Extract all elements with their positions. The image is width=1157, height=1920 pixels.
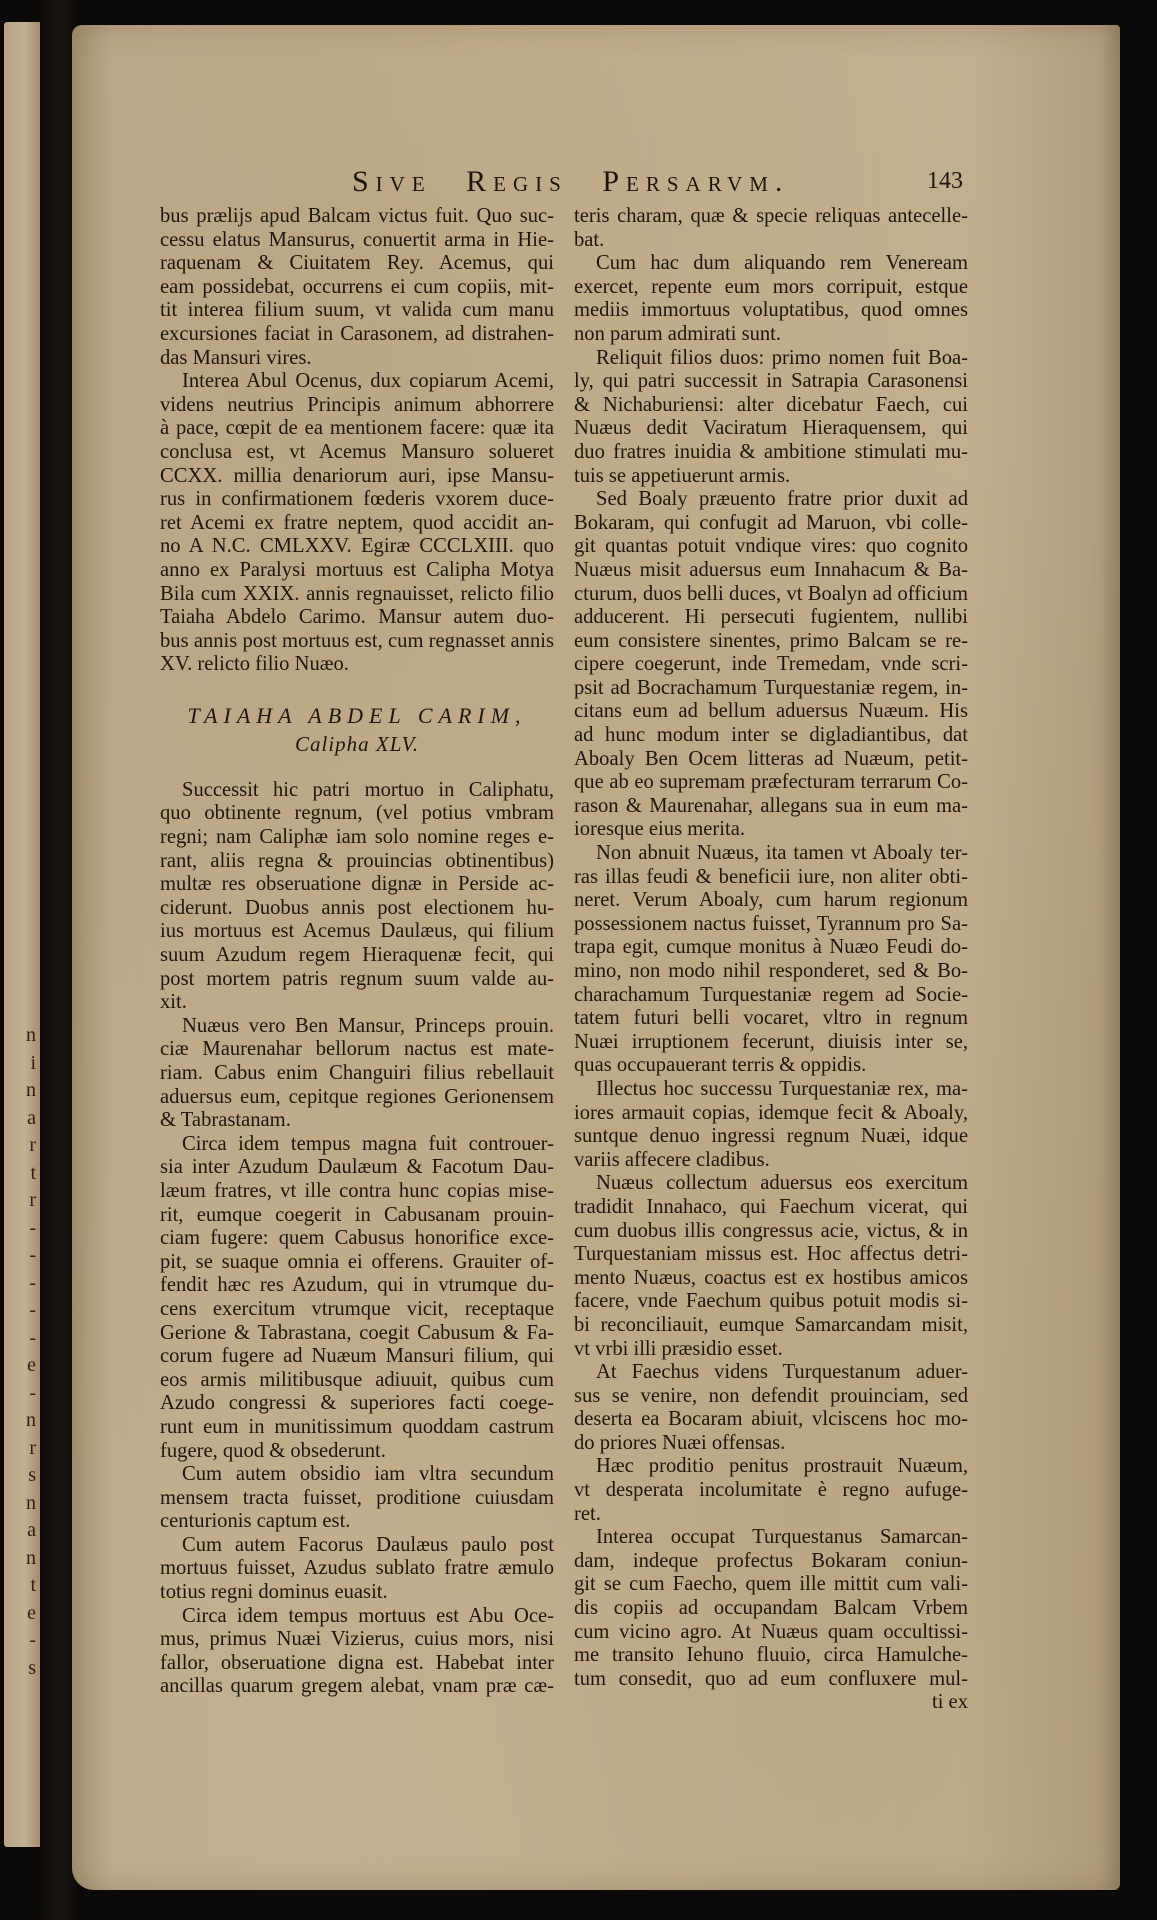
text-line: Aboaly Ben Ocem litteras ad Nuæum, petit…	[574, 748, 968, 772]
facing-page-letter: a	[6, 1105, 36, 1133]
text-line: rit, eumque coegerit in Cabusanam prouin…	[160, 1204, 554, 1228]
text-line: trapa egit, cumque monitus à Nuæo Feudi …	[574, 936, 968, 960]
text-line: videns neutrius Principis animum abhorre…	[160, 394, 554, 418]
facing-page-letter: n	[6, 1022, 36, 1050]
text-line: sus se venire, non defendit prouinciam, …	[574, 1385, 968, 1409]
text-line: teris charam, quæ & specie reliquas ante…	[574, 205, 968, 229]
text-line: eam possidebat, occurrens ei cum copiis,…	[160, 276, 554, 300]
text-line: Illectus hoc successu Turquestaniæ rex, …	[574, 1078, 968, 1102]
text-line: tum consedit, quo ad eum confluxere mul-	[574, 1668, 968, 1692]
text-line: cum vicino agro. At Nuæus quam occultiss…	[574, 1621, 968, 1645]
text-line: possessionem nactus fuisset, Tyrannum pr…	[574, 913, 968, 937]
paragraph: Interea Abul Ocenus, dux copiarum Acemi,…	[160, 370, 554, 677]
text-line: tatem futuri belli vocaret, vltro in reg…	[574, 1007, 968, 1031]
text-line: mediis immortuus voluptatibus, quod omne…	[574, 299, 968, 323]
text-line: bat.	[574, 229, 968, 253]
running-head-word: Persarvm.	[602, 165, 789, 198]
section-heading-subtitle: Calipha XLV.	[160, 731, 554, 757]
text-line: Bokaram, qui confugit ad Maruon, vbi col…	[574, 512, 968, 536]
text-line: adducerent. Hi persecuti fugientem, null…	[574, 606, 968, 630]
text-line: Nuæi irruptionem fecerunt, diuisis inter…	[574, 1031, 968, 1055]
paragraph: bus prælijs apud Balcam victus fuit. Quo…	[160, 205, 554, 370]
text-line: facere, vnde Faechum quibus potuit modis…	[574, 1290, 968, 1314]
text-line: mortuus fuisset, Azudus sublato fratre æ…	[160, 1557, 554, 1581]
facing-page-letter: n	[6, 1490, 36, 1518]
text-line: mino, non modo nihil responderet, sed & …	[574, 960, 968, 984]
text-line: & Nichaburiensi: alter dicebatur Faech, …	[574, 394, 968, 418]
text-line: centurionis captum est.	[160, 1510, 554, 1534]
text-line: ciæ Maurenahar bellorum nactus est mate-	[160, 1038, 554, 1062]
text-line: multæ res obseruatione dignæ in Perside …	[160, 873, 554, 897]
left-text-column: bus prælijs apud Balcam victus fuit. Quo…	[160, 205, 554, 1699]
text-line: anno ex Paralysi mortuus est Calipha Mot…	[160, 559, 554, 583]
text-line: neret. Verum Aboaly, cum harum regionum	[574, 889, 968, 913]
facing-page-letter: s	[6, 1655, 36, 1683]
paragraph: Cum autem Facorus Daulæus paulo postmort…	[160, 1534, 554, 1605]
text-line: eos armis militibusque adiuuit, quibus c…	[160, 1369, 554, 1393]
text-line: CCXX. millia denariorum auri, ipse Mansu…	[160, 465, 554, 489]
book-gutter	[40, 0, 76, 1920]
text-line: do priores Nuæi offensas.	[574, 1432, 968, 1456]
text-line: variis affecere cladibus.	[574, 1149, 968, 1173]
paragraph: Circa idem tempus mortuus est Abu Oce-mu…	[160, 1605, 554, 1699]
text-line: mensem tracta fuisset, proditione cuiusd…	[160, 1487, 554, 1511]
text-line: psit ad Bocrachamum Turquestaniæ regem, …	[574, 677, 968, 701]
text-line: git quantas potuit vndique vires: quo co…	[574, 535, 968, 559]
text-line: Taiaha Abdelo Carimo. Mansur autem duo-	[160, 606, 554, 630]
text-line: Cum autem obsidio iam vltra secundum	[160, 1463, 554, 1487]
paragraph: At Faechus videns Turquestanum aduer-sus…	[574, 1361, 968, 1455]
text-line: Nuæus dedit Vaciratum Hieraquensem, qui	[574, 417, 968, 441]
text-line: ad hunc modum inter se digladiantibus, d…	[574, 724, 968, 748]
text-line: Nuæus collectum aduersus eos exercitum	[574, 1172, 968, 1196]
text-line: das Mansuri vires.	[160, 347, 554, 371]
text-line: Interea occupat Turquestanus Samarcan-	[574, 1526, 968, 1550]
text-line: Cum hac dum aliquando rem Veneream	[574, 252, 968, 276]
facing-page-letter: t	[6, 1160, 36, 1188]
text-line: cens exercitum vtrumque vicit, receptaqu…	[160, 1298, 554, 1322]
paragraph: Nuæus vero Ben Mansur, Princeps prouin.c…	[160, 1015, 554, 1133]
text-line: tit interea filium suum, vt valida cum m…	[160, 299, 554, 323]
text-line: bi reconciliauit, eumque Samarcandam mis…	[574, 1314, 968, 1338]
text-line: cessu elatus Mansurus, conuertit arma in…	[160, 229, 554, 253]
text-line: à pace, cœpit de ea mentionem facere: qu…	[160, 417, 554, 441]
paragraph: teris charam, quæ & specie reliquas ante…	[574, 205, 968, 252]
text-line: tuis se appetiuerunt armis.	[574, 465, 968, 489]
paragraph: Nuæus collectum aduersus eos exercitumtr…	[574, 1172, 968, 1361]
text-line: iores armauit copias, idemque fecit & Ab…	[574, 1102, 968, 1126]
text-line: excursiones faciat in Carasonem, ad dist…	[160, 323, 554, 347]
text-line: vt desperata incolumitate è regno aufuge…	[574, 1479, 968, 1503]
text-line: Turquestaniam missus est. Hoc affectus d…	[574, 1243, 968, 1267]
facing-page-letter: r	[6, 1132, 36, 1160]
text-line: quas occupauerant terris & oppidis.	[574, 1054, 968, 1078]
text-line: quo obtinente regnum, (vel potius vmbram	[160, 802, 554, 826]
facing-page-letter: r	[6, 1187, 36, 1215]
text-line: bus annis post mortuus est, cum regnasse…	[160, 630, 554, 654]
text-line: dam, indeque profectus Bokaram coniun-	[574, 1550, 968, 1574]
text-line: conclusa est, vt Acemus Mansuro solueret	[160, 441, 554, 465]
text-line: ius mortuus est Acemus Daulæus, qui fili…	[160, 920, 554, 944]
running-head: Sive Regis Persarvm.	[352, 165, 912, 199]
paragraph: Hæc proditio penitus prostrauit Nuæum,vt…	[574, 1455, 968, 1526]
facing-page-letter: -	[6, 1270, 36, 1298]
facing-page-text-fragments: ninartr-----e-nrsnante-s	[6, 1022, 36, 1682]
text-line: ancillas quarum gregem alebat, vnam præ …	[160, 1675, 554, 1699]
text-line: Sed Boaly præuento fratre prior duxit ad	[574, 488, 968, 512]
text-line: corum fugere ad Nuæum Mansuri filium, qu…	[160, 1345, 554, 1369]
facing-page-letter: -	[6, 1380, 36, 1408]
section-heading: TAIAHA ABDEL CARIM,Calipha XLV.	[160, 701, 554, 757]
running-head-word: Regis	[466, 165, 568, 198]
text-line: aduersus eum, cepitque regiones Gerionen…	[160, 1086, 554, 1110]
text-line: charachamum Turquestaniæ regem ad Socie-	[574, 984, 968, 1008]
facing-page-letter: -	[6, 1325, 36, 1353]
text-line: fugere, quod & obsederunt.	[160, 1440, 554, 1464]
text-line: Hæc proditio penitus prostrauit Nuæum,	[574, 1455, 968, 1479]
text-line: regni; nam Caliphæ iam solo nomine reges…	[160, 826, 554, 850]
text-line: tradidit Innahaco, qui Faechum vicerat, …	[574, 1196, 968, 1220]
book-page: Sive Regis Persarvm. 143 bus prælijs apu…	[72, 25, 1120, 1890]
text-line: riam. Cabus enim Changuiri filius rebell…	[160, 1062, 554, 1086]
facing-page-letter: s	[6, 1462, 36, 1490]
paragraph: Cum autem obsidio iam vltra secundummens…	[160, 1463, 554, 1534]
text-line: XV. relicto filio Nuæo.	[160, 653, 554, 677]
facing-page-letter: r	[6, 1435, 36, 1463]
facing-page-edge: ninartr-----e-nrsnante-s	[4, 22, 42, 1847]
text-line: sia inter Azudum Daulæum & Facotum Dau-	[160, 1156, 554, 1180]
text-line: Gerione & Tabrastana, coegit Cabusum & F…	[160, 1322, 554, 1346]
text-line: ciam fugere: quem Cabusus honorifice exc…	[160, 1227, 554, 1251]
text-line: Interea Abul Ocenus, dux copiarum Acemi,	[160, 370, 554, 394]
text-line: rus in confirmationem fœderis vxorem duc…	[160, 488, 554, 512]
text-line: mento Nuæus, coactus est ex hostibus ami…	[574, 1267, 968, 1291]
text-line: rason & Maurenahar, allegans sua in eum …	[574, 795, 968, 819]
facing-page-letter: n	[6, 1407, 36, 1435]
facing-page-letter: a	[6, 1517, 36, 1545]
facing-page-letter: e	[6, 1352, 36, 1380]
text-line: ret.	[574, 1503, 968, 1527]
text-line: bus prælijs apud Balcam victus fuit. Quo…	[160, 205, 554, 229]
text-line: eum consistere sinentes, primo Balcam se…	[574, 630, 968, 654]
text-line: vt vrbi illi præsidio esset.	[574, 1338, 968, 1362]
text-line: totius regni dominus euasit.	[160, 1581, 554, 1605]
facing-page-letter: -	[6, 1627, 36, 1655]
text-line: runt eum in munitissimum quoddam castrum	[160, 1416, 554, 1440]
text-line: que ab eo supremam præfecturam terrarum …	[574, 771, 968, 795]
text-line: Nuæus misit aduersus eum Innahacum & Ba-	[574, 559, 968, 583]
text-line: raquenam & Ciuitatem Rey. Acemus, qui	[160, 252, 554, 276]
facing-page-letter: i	[6, 1050, 36, 1078]
text-line: Non abnuit Nuæus, ita tamen vt Aboaly te…	[574, 842, 968, 866]
right-text-column: teris charam, quæ & specie reliquas ante…	[574, 205, 968, 1715]
page-number: 143	[927, 168, 963, 195]
text-line: Bila cum XXIX. annis regnauisset, relict…	[160, 583, 554, 607]
text-line: mus, primus Nuæi Vizierus, cuius mors, n…	[160, 1628, 554, 1652]
text-line: dis copiis ad occupandam Balcam Vrbem	[574, 1597, 968, 1621]
text-line: læum fratres, vt ille contra hunc copias…	[160, 1180, 554, 1204]
text-line: rant, aliis regna & prouincias obtinenti…	[160, 850, 554, 874]
text-line: xit.	[160, 991, 554, 1015]
paragraph: Illectus hoc successu Turquestaniæ rex, …	[574, 1078, 968, 1172]
text-line: Reliquit filios duos: primo nomen fuit B…	[574, 347, 968, 371]
facing-page-letter: n	[6, 1077, 36, 1105]
text-line: cipere coegerunt, inde Tremedam, vnde sc…	[574, 653, 968, 677]
facing-page-letter: n	[6, 1545, 36, 1573]
text-line: cturum, duos belli duces, vt Boalyn ad o…	[574, 583, 968, 607]
text-line: me transito Iehuno fluuio, circa Hamulch…	[574, 1644, 968, 1668]
facing-page-letter: -	[6, 1297, 36, 1325]
text-line: fallor, obseruatione digna est. Habebat …	[160, 1652, 554, 1676]
text-line: At Faechus videns Turquestanum aduer-	[574, 1361, 968, 1385]
paragraph: Circa idem tempus magna fuit controuer-s…	[160, 1133, 554, 1463]
text-line: no A N.C. CMLXXV. Egiræ CCCLXIII. quo	[160, 535, 554, 559]
paragraph: Cum hac dum aliquando rem Venereamexerce…	[574, 252, 968, 346]
text-line: Circa idem tempus magna fuit controuer-	[160, 1133, 554, 1157]
text-line: post mortem patris regnum suum valde au-	[160, 968, 554, 992]
facing-page-letter: e	[6, 1600, 36, 1628]
text-line: Nuæus vero Ben Mansur, Princeps prouin.	[160, 1015, 554, 1039]
text-line: cum duobus illis congressus acie, victus…	[574, 1220, 968, 1244]
facing-page-letter: -	[6, 1242, 36, 1270]
facing-page-letter: t	[6, 1572, 36, 1600]
paragraph: Non abnuit Nuæus, ita tamen vt Aboaly te…	[574, 842, 968, 1078]
text-line: Successit hic patri mortuo in Caliphatu,	[160, 779, 554, 803]
catchword: ti ex	[574, 1691, 968, 1715]
text-line: ciderunt. Duobus annis post electionem h…	[160, 897, 554, 921]
text-line: ly, qui patri successit in Satrapia Cara…	[574, 370, 968, 394]
text-line: ret Acemi ex fratre neptem, quod accidit…	[160, 512, 554, 536]
text-line: Cum autem Facorus Daulæus paulo post	[160, 1534, 554, 1558]
text-line: ioresque eius merita.	[574, 818, 968, 842]
text-line: suntque denuo ingressi regnum Nuæi, idqu…	[574, 1125, 968, 1149]
text-line: Circa idem tempus mortuus est Abu Oce-	[160, 1605, 554, 1629]
text-line: citans eum ad bellum aduersus Nuæum. His	[574, 700, 968, 724]
text-line: deserta ea Bocaram abiuit, vlciscens hoc…	[574, 1408, 968, 1432]
text-line: Azudo congressi & superiores facti coege…	[160, 1392, 554, 1416]
section-heading-title: TAIAHA ABDEL CARIM,	[160, 701, 554, 731]
text-line: duo fratres inuidia & ambitione stimulat…	[574, 441, 968, 465]
paragraph: Successit hic patri mortuo in Caliphatu,…	[160, 779, 554, 1015]
paragraph: Interea occupat Turquestanus Samarcan-da…	[574, 1526, 968, 1691]
text-line: exercet, repente eum mors corripuit, est…	[574, 276, 968, 300]
paragraph: Reliquit filios duos: primo nomen fuit B…	[574, 347, 968, 489]
text-line: suum Azudum regem Hieraquenæ fecit, qui	[160, 944, 554, 968]
text-line: fendit hæc res Azudum, qui in vtrumque d…	[160, 1274, 554, 1298]
paragraph: Sed Boaly præuento fratre prior duxit ad…	[574, 488, 968, 842]
text-line: non parum admirati sunt.	[574, 323, 968, 347]
text-line: git se cum Faecho, quem ille mittit cum …	[574, 1573, 968, 1597]
text-line: & Tabrastanam.	[160, 1109, 554, 1133]
text-line: pit, se suaque omnia ei offerens. Grauit…	[160, 1251, 554, 1275]
running-head-word: Sive	[352, 165, 432, 198]
text-line: ras illas feudi & beneficii iure, non al…	[574, 866, 968, 890]
facing-page-letter: -	[6, 1215, 36, 1243]
